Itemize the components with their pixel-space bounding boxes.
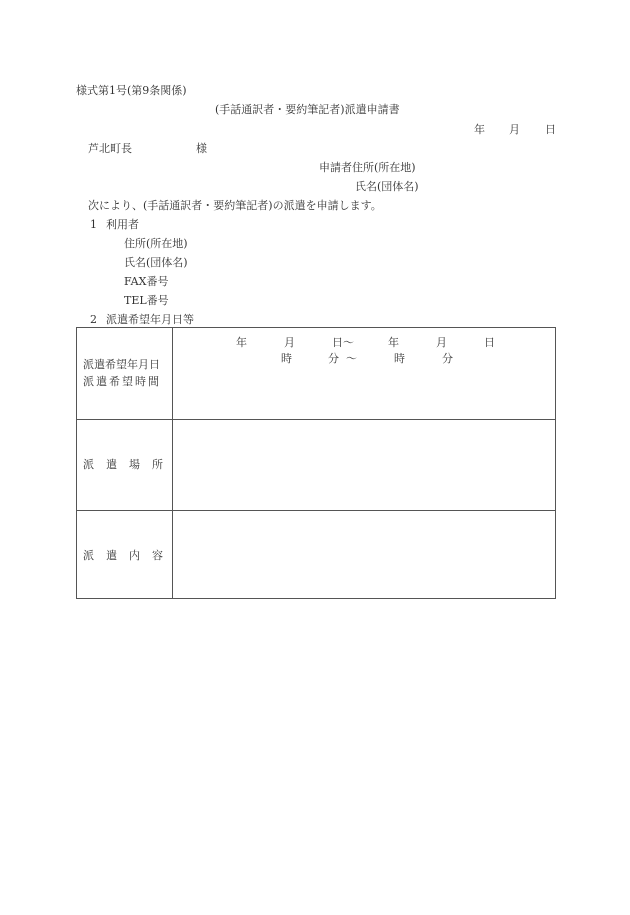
user-address-label: 住所(所在地) — [124, 237, 188, 251]
user-fax-label: FAX番号 — [124, 275, 168, 289]
date-time-label-cell: 派遣希望年月日 派遣希望時間 — [77, 328, 172, 419]
desired-date-label: 派遣希望年月日 — [83, 357, 160, 373]
start-minute: 分 — [328, 352, 339, 366]
start-day: 日〜 — [332, 336, 354, 350]
applicant-name-label: 氏名(団体名) — [355, 180, 419, 194]
desired-time-label: 派遣希望時間 — [83, 374, 161, 390]
section-1-number: 1 — [90, 218, 97, 232]
start-hour: 時 — [281, 352, 292, 366]
end-year: 年 — [388, 336, 399, 350]
start-year: 年 — [236, 336, 247, 350]
end-day: 日 — [484, 336, 495, 350]
time-range-tilde: 〜 — [346, 352, 357, 366]
intro-text: 次により、(手話通訳者・要約筆記者)の派遣を申請します。 — [88, 199, 382, 213]
addressee-name: 芦北町長 — [88, 142, 132, 156]
user-tel-label: TEL番号 — [124, 294, 169, 308]
dispatch-location-field[interactable] — [173, 420, 555, 510]
content-label-cell: 派遣内容 — [77, 511, 172, 599]
section-2-number: 2 — [90, 313, 97, 327]
section-2-heading: 派遣希望年月日等 — [106, 313, 194, 327]
location-label-cell: 派遣場所 — [77, 420, 172, 510]
date-month-label: 月 — [509, 123, 520, 137]
date-time-value-cell[interactable]: 年 月 日〜 年 月 日 時 分 〜 時 分 — [173, 328, 555, 419]
end-hour: 時 — [394, 352, 405, 366]
table-row-date-time: 派遣希望年月日 派遣希望時間 年 月 日〜 年 月 日 時 分 〜 時 分 — [77, 328, 555, 419]
date-day-label: 日 — [545, 123, 556, 137]
dispatch-content-field[interactable] — [173, 511, 555, 599]
section-1-heading: 利用者 — [106, 218, 139, 232]
table-row-location: 派遣場所 — [77, 419, 555, 510]
start-month: 月 — [284, 336, 295, 350]
end-minute: 分 — [442, 352, 453, 366]
user-name-label: 氏名(団体名) — [124, 256, 188, 270]
addressee-honorific: 様 — [196, 142, 207, 156]
dispatch-content-label: 派遣内容 — [83, 548, 175, 564]
end-month: 月 — [436, 336, 447, 350]
table-row-content: 派遣内容 — [77, 510, 555, 599]
dispatch-table: 派遣希望年月日 派遣希望時間 年 月 日〜 年 月 日 時 分 〜 時 分 派遣… — [76, 327, 556, 599]
applicant-address-label: 申請者住所(所在地) — [319, 161, 416, 175]
dispatch-location-label: 派遣場所 — [83, 457, 175, 473]
form-number: 様式第1号(第9条関係) — [76, 84, 187, 98]
date-year-label: 年 — [474, 123, 485, 137]
document-title: (手話通訳者・要約筆記者)派遣申請書 — [215, 103, 400, 117]
